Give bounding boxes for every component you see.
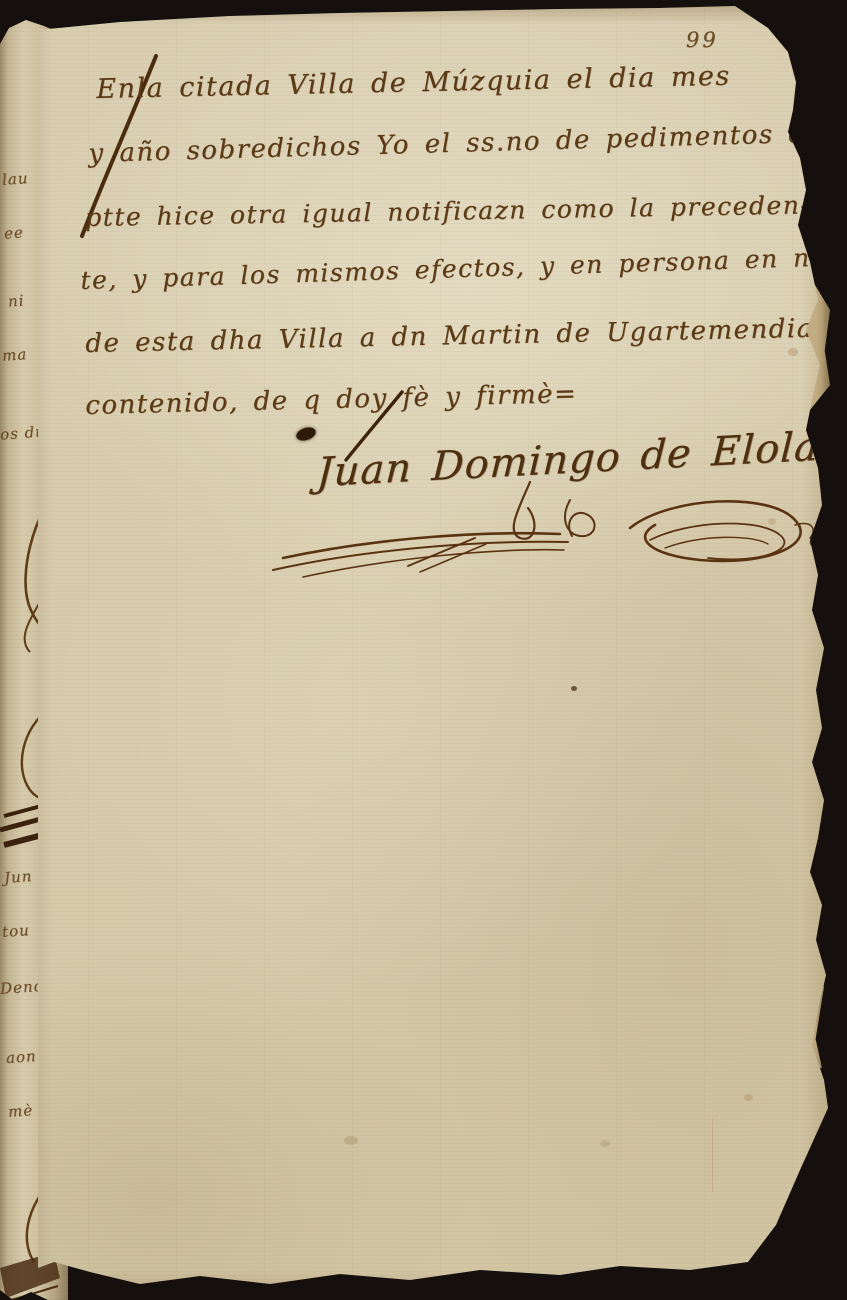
manuscript-line: Enla citada Villa de Múzquia el dia mes	[96, 61, 731, 105]
folio-number: 99	[686, 28, 719, 52]
manuscript-line: ptte hice otra igual notificazn como la …	[85, 190, 810, 232]
foxing-spot	[744, 1094, 753, 1101]
margin-text-fragment: mè	[7, 1101, 33, 1121]
signature-rubric-flourish	[268, 478, 828, 608]
margin-text-fragment: Jun	[3, 867, 33, 887]
manuscript-page: 99 Enla citada Villa de Múzquia el dia m…	[0, 0, 847, 1300]
manuscript-line: y año sobredichos Yo el ss.no de pedimen…	[88, 118, 824, 169]
margin-text-fragment: ni	[7, 291, 25, 310]
manuscript-line: de esta dha Villa a dn Martin de Ugartem…	[85, 314, 814, 359]
stain	[600, 1140, 610, 1147]
manuscript-line: contenido, de q doy fè y firmè=	[85, 379, 578, 421]
margin-text-fragment: tou	[1, 921, 30, 941]
margin-text-fragment: ee	[3, 223, 24, 242]
margin-text-fragment: aon	[5, 1047, 37, 1067]
foxing-spot	[768, 518, 776, 525]
photographed-manuscript: lau ee ni ma os du Jun tou Denos aon mè	[0, 0, 847, 1300]
manuscript-line: te, y para los mismos efectos, y en pers…	[80, 242, 841, 295]
margin-text-fragment: lau	[1, 169, 29, 189]
foxing-spot	[788, 348, 798, 356]
signature-text: Juan Domingo de Elola	[316, 424, 821, 497]
ink-fleck	[571, 686, 577, 691]
red-fiber-mark	[712, 1118, 713, 1192]
margin-text-fragment: ma	[1, 345, 27, 365]
stain	[344, 1136, 358, 1145]
ink-blot	[295, 425, 318, 443]
